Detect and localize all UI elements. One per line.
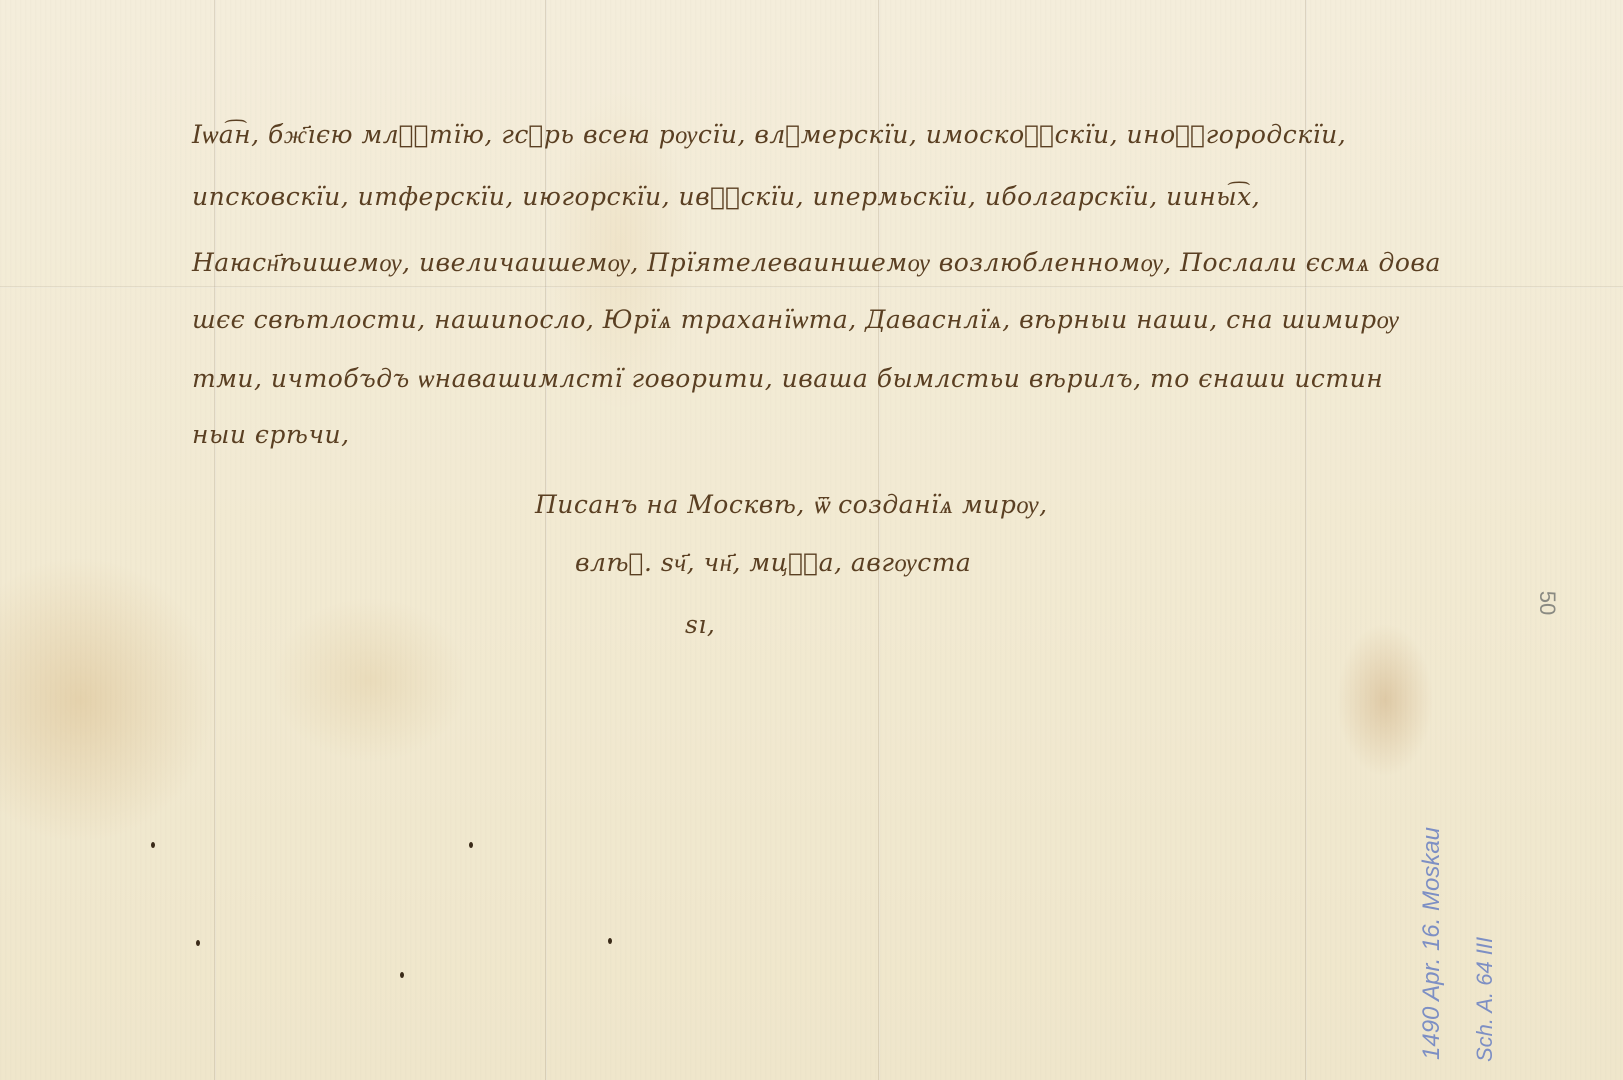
dating-line: влѣⷮ. ѕч҃, чн҃, мцⷭ҇а, авгѹста: [575, 548, 971, 578]
ink-speck: [608, 938, 612, 944]
folio-number: 50: [1534, 591, 1560, 615]
text-line: тми, ичтобъдъ ѡнавашимлстї говорити, ива…: [192, 364, 1383, 394]
dating-line: Писанъ на Москвѣ, ѿ созданїѧ мирѹ,: [535, 490, 1048, 520]
text-line: Iѡа͡н, бж҃ıєю млⷭ҇тїю, гсⷣрь всеꙗ рѹсїи,…: [192, 120, 1346, 150]
ink-speck: [400, 972, 404, 978]
ink-speck: [151, 842, 155, 848]
text-line: Наꙗсн҃ѣишемѹ, ивеличаишемѹ, Прїятелеваин…: [192, 248, 1441, 278]
archival-note-date: 1490 Apr. 16. Moskau: [1418, 827, 1446, 1060]
fold-line: [0, 286, 1623, 288]
ink-speck: [196, 940, 200, 946]
dating-line: ѕı,: [685, 610, 715, 639]
fold-line: [1305, 0, 1307, 1080]
text-line: ипсковскїи, итферскїи, июгорскїи, ивѧⷮск…: [192, 182, 1260, 211]
text-line: ныи єрѣчи,: [192, 420, 350, 449]
ink-speck: [469, 842, 473, 848]
fold-line: [545, 0, 547, 1080]
manuscript-sheet: Iѡа͡н, бж҃ıєю млⷭ҇тїю, гсⷣрь всеꙗ рѹсїи,…: [0, 0, 1623, 1080]
fold-line: [878, 0, 880, 1080]
archival-note-shelfmark: Sch. A. 64 III: [1472, 937, 1498, 1062]
fold-line: [214, 0, 216, 1080]
text-line: шєє свѣтлости, нашипосло, Юрїѧ траханїѡт…: [192, 305, 1399, 335]
